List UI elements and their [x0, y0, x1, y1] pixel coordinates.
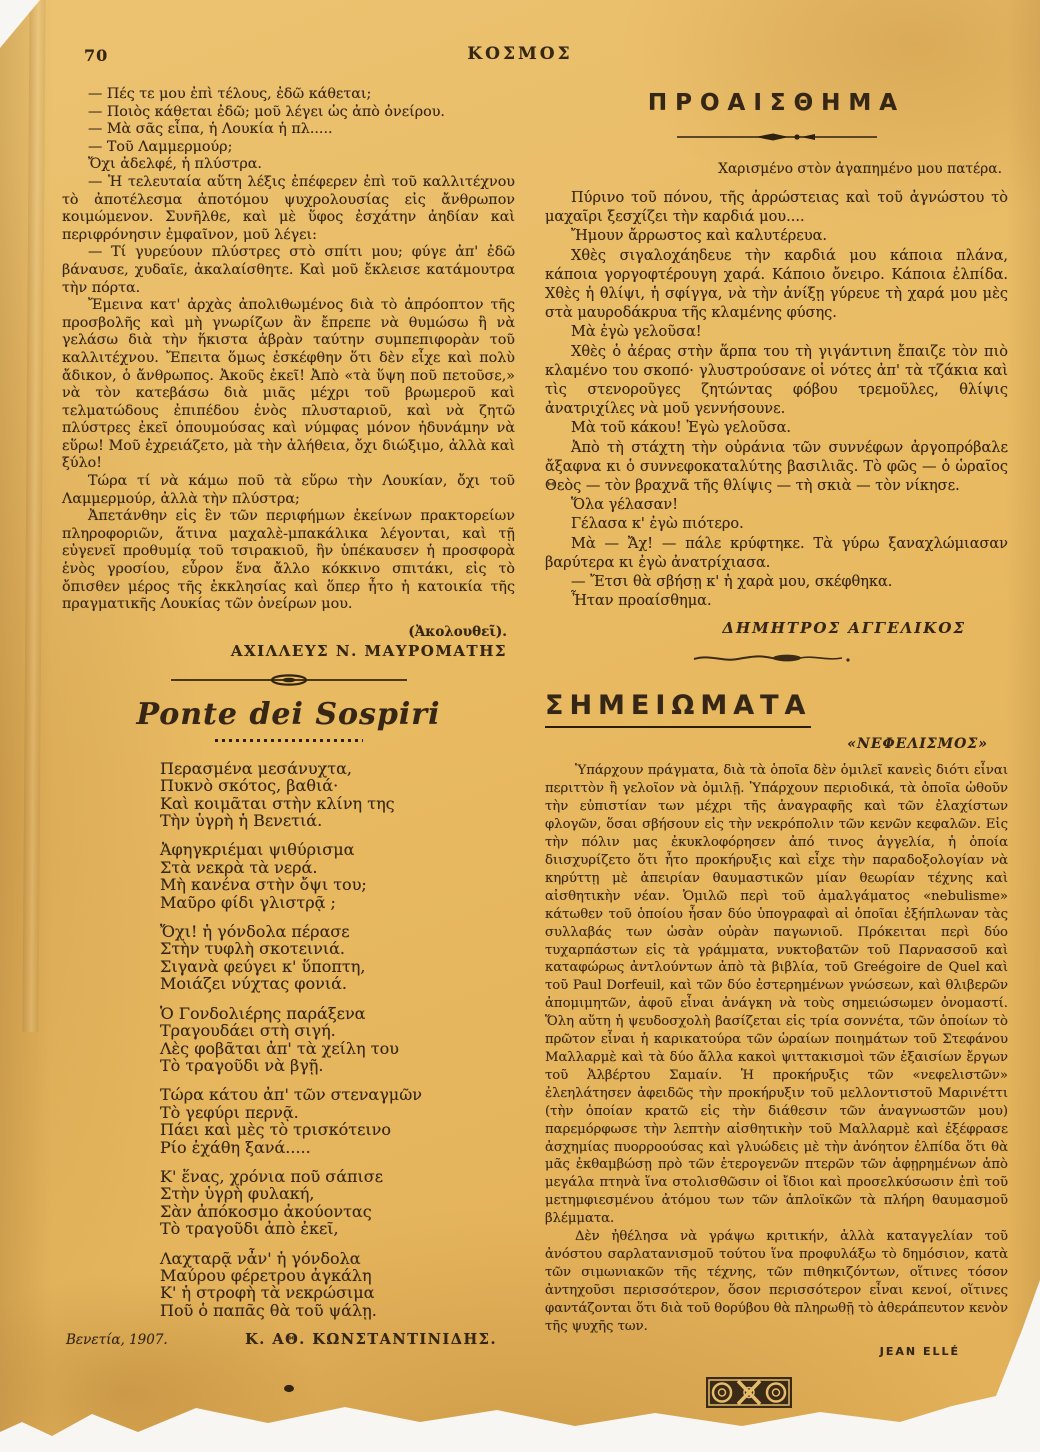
presentiment-paragraph: Μὰ ἐγὼ γελοῦσα!	[545, 323, 1008, 342]
presentiment-body: Πύρινο τοῦ πόνου, τῆς ἀρρώστειας καὶ τοῦ…	[545, 189, 1008, 611]
presentiment-paragraph: Χθὲς ὁ ἀέρας στὴν ἅρπα του τὴ γιγάντινη …	[545, 343, 1008, 420]
dotted-rule-icon	[215, 739, 363, 742]
poem-stanza: Ὄχι! ἡ γόνδολα πέρασε Στὴν τυφλὴ σκοτειν…	[160, 923, 515, 993]
story-paragraph: — Μὰ σᾶς εἶπα, ἡ Λουκία ἡ πλ.....	[62, 121, 515, 139]
continuation-note: (Ἀκολουθεῖ).	[62, 624, 507, 640]
story-end-divider	[62, 670, 515, 689]
presentiment-paragraph: Μὰ τοῦ κάκου! Ἐγὼ γελοῦσα.	[545, 419, 1008, 438]
poem-stanza: Ὁ Γονδολιέρης παράξενα Τραγουδάει στὴ σι…	[160, 1005, 515, 1075]
story-paragraph: — Ἡ τελευταία αὕτη λέξις ἐπέφερεν ἐπὶ το…	[62, 174, 515, 244]
right-column: ΠΡΟΑΙΣΘΗΜΑ Χαρισμένο στὸν ἀγαπημένο μου …	[545, 86, 1008, 1413]
poem-stanza: Ἀφηγκριέμαι ψιθύρισμα Στὰ νεκρὰ τὰ νερά.…	[160, 841, 515, 911]
presentiment-title: ΠΡΟΑΙΣΘΗΜΑ	[545, 90, 1008, 116]
story-paragraph: Ἔμεινα κατ' ἀρχὰς ἀπολιθωμένος διὰ τὸ ἀπ…	[62, 297, 515, 473]
story-paragraph: Ἀπετάνθην εἰς ἓν τῶν περιφήμων ἐκείνων π…	[62, 508, 515, 614]
poem-author: Κ. ΑΘ. ΚΩΝΣΤΑΝΤΙΝΙΔΗΣ.	[245, 1331, 497, 1348]
presentiment-paragraph: — Ἔτσι θὰ σβήσῃ κ' ἡ χαρὰ μου, σκέφθηκα.	[545, 573, 1008, 592]
notes-author: JEAN ELLÉ	[545, 1345, 960, 1358]
presentiment-author: ΔΗΜΗΤΡΟΣ ΑΓΓΕΛΙΚΟΣ	[545, 619, 966, 637]
story-paragraph: Τώρα τί νὰ κάμω ποῦ τὰ εὕρω τὴν Λουκίαν,…	[62, 473, 515, 508]
left-column: — Πές τε μου ἐπὶ τέλους, ἐδῶ κάθεται; — …	[62, 86, 515, 1397]
presentiment-paragraph: Ἤμουν ἄρρωστος καὶ καλυτέρευα.	[545, 227, 1008, 246]
poem-stanza: Λαχταρᾷ νἆν' ἡ γόνδολα Μαύρου φέρετρου ἀ…	[160, 1250, 515, 1320]
arrow-rule-icon	[677, 131, 877, 143]
story-paragraph: — Ποιὸς κάθεται ἐδῶ; μοῦ λέγει ὡς ἀπὸ ὀν…	[62, 104, 515, 122]
notes-title: ΣΗΜΕΙΩΜΑΤΑ	[545, 690, 811, 728]
poem-body: Περασμένα μεσάνυχτα, Πυκνὸ σκότος, βαθιά…	[62, 760, 515, 1319]
presentiment-end-divider	[545, 647, 1008, 666]
wavy-rule-icon	[692, 651, 862, 665]
presentiment-paragraph: Μὰ — Ἄχ! — πάλε κρύφτηκε. Τὰ γύρω ξαναχλ…	[545, 535, 1008, 573]
presentiment-paragraph: Ἦταν προαίσθημα.	[545, 592, 1008, 611]
story-paragraph: Ὄχι ἀδελφέ, ἡ πλύστρα.	[62, 156, 515, 174]
story-paragraph: — Τί γυρεύουν πλύστρες στὸ σπίτι μου; φύ…	[62, 244, 515, 297]
story-body: — Πές τε μου ἐπὶ τέλους, ἐδῶ κάθεται; — …	[62, 86, 515, 614]
presentiment-paragraph: Πύρινο τοῦ πόνου, τῆς ἀρρώστειας καὶ τοῦ…	[545, 189, 1008, 227]
poem-title: Ponte dei Sospiri	[62, 697, 515, 732]
poem-end-ornament	[62, 1378, 515, 1397]
poem-footer: Βενετία, 1907. Κ. ΑΘ. ΚΩΝΣΤΑΝΤΙΝΙΔΗΣ.	[62, 1331, 515, 1348]
masthead-title: ΚΟΣΜΟΣ	[0, 44, 1040, 64]
dot-ornament-icon	[283, 1384, 295, 1393]
poem-stanza: Κ' ἕνας, χρόνια ποῦ σάπισε Στὴν ὑγρὴ φυλ…	[160, 1168, 515, 1238]
notes-section: ΣΗΜΕΙΩΜΑΤΑ «ΝΕΦΕΛΙΣΜΟΣ» Ὑπάρχουν πράγματ…	[545, 674, 1008, 1413]
magazine-page: 70 ΚΟΣΜΟΣ — Πές τε μου ἐπὶ τέλους, ἐδῶ κ…	[0, 0, 1040, 1452]
lens-rule-icon	[169, 674, 409, 686]
story-paragraph: — Πές τε μου ἐπὶ τέλους, ἐδῶ κάθεται;	[62, 86, 515, 104]
presentiment-paragraph: Χθὲς σιγαλοχάηδευε τὴν καρδιά μου κάποια…	[545, 247, 1008, 324]
poem-stanza: Περασμένα μεσάνυχτα, Πυκνὸ σκότος, βαθιά…	[160, 760, 515, 830]
poem-place-date: Βενετία, 1907.	[66, 1332, 168, 1348]
dedication-line: Χαρισμένο στὸν ἀγαπημένο μου πατέρα.	[545, 161, 1002, 177]
story-author: ΑΧΙΛΛΕΥΣ Ν. ΜΑΥΡΟΜΑΤΗΣ	[62, 642, 507, 660]
story-paragraph: — Τοῦ Λαμμερμούρ;	[62, 139, 515, 157]
presentiment-paragraph: Ἀπὸ τὴ στάχτη τὴν οὐράνια τῶν συννέφων ἀ…	[545, 439, 1008, 497]
presentiment-paragraph: Ὅλα γέλασαν!	[545, 496, 1008, 515]
presentiment-paragraph: Γέλασα κ' ἐγὼ πιότερο.	[545, 515, 1008, 534]
notes-end-ornament	[517, 1376, 980, 1413]
notes-paragraph: Δὲν ἠθέλησα νὰ γράψω κριτικήν, ἀλλὰ κατα…	[545, 1228, 1008, 1335]
notes-subtitle: «ΝΕΦΕΛΙΣΜΟΣ»	[545, 736, 988, 752]
presentiment-title-divider	[545, 126, 1008, 145]
poem-stanza: Τώρα κάτου ἀπ' τῶν στεναγμῶν Τὸ γεφύρι π…	[160, 1086, 515, 1156]
story-signature-block: (Ἀκολουθεῖ). ΑΧΙΛΛΕΥΣ Ν. ΜΑΥΡΟΜΑΤΗΣ	[62, 624, 515, 660]
rosette-knot-icon	[705, 1376, 793, 1409]
notes-paragraph: Ὑπάρχουν πράγματα, διὰ τὰ ὁποῖα δὲν ὁμιλ…	[545, 762, 1008, 1228]
notes-body: Ὑπάρχουν πράγματα, διὰ τὰ ὁποῖα δὲν ὁμιλ…	[545, 762, 1008, 1335]
